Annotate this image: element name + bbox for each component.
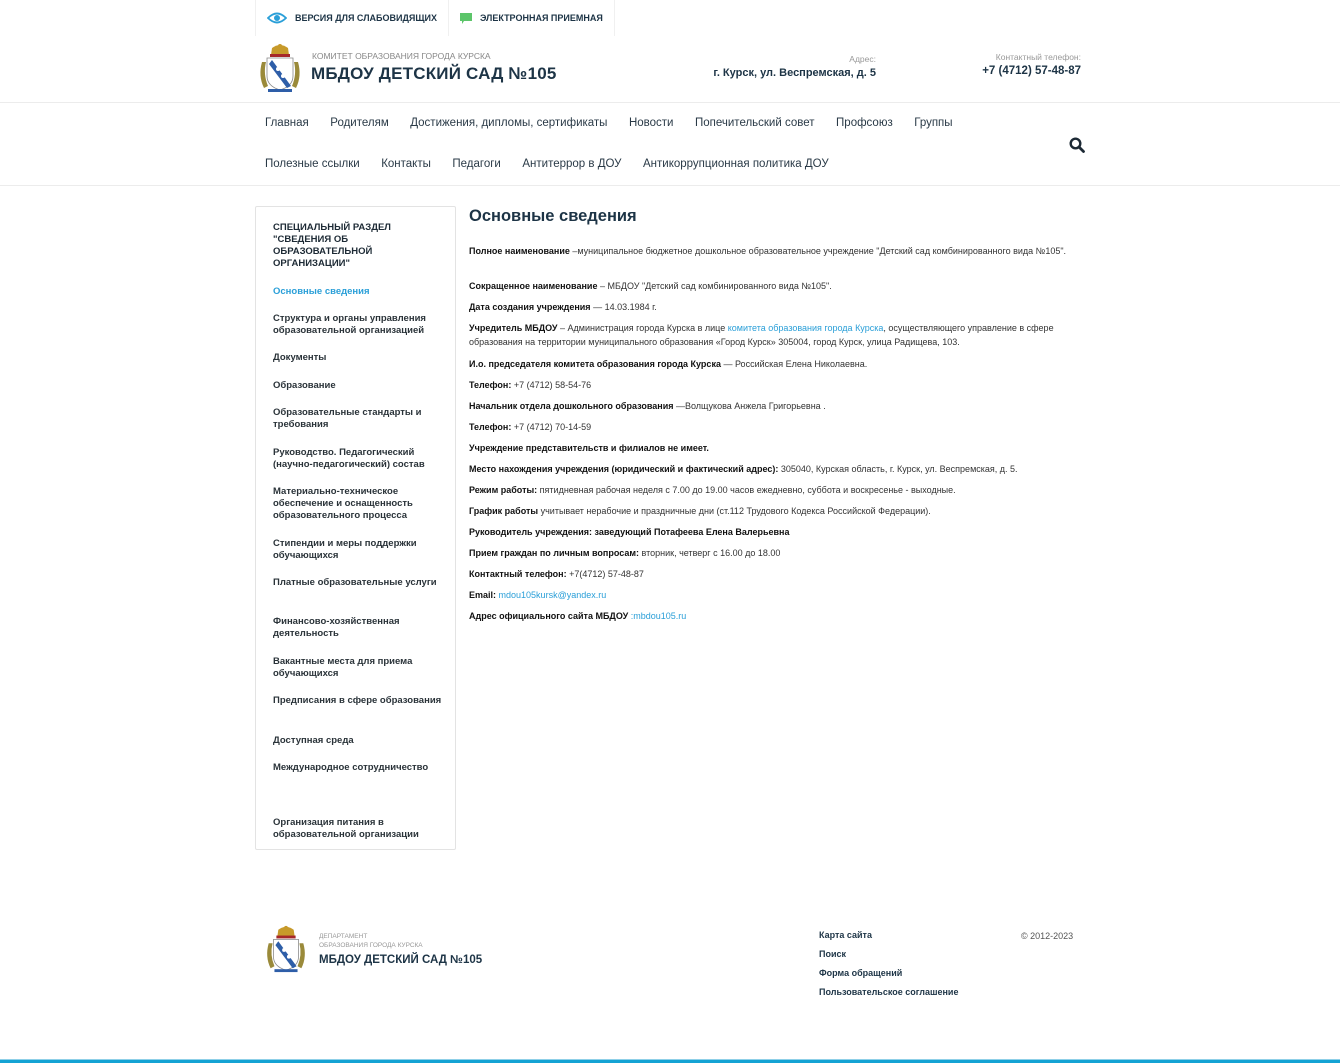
- info-phone-1: Телефон: +7 (4712) 58-54-76: [469, 378, 1089, 392]
- page-title: Основные сведения: [469, 207, 1089, 226]
- sidebar-item-facilities[interactable]: Материально-техническое обеспечение и ос…: [273, 486, 443, 522]
- sidebar: СПЕЦИАЛЬНЫЙ РАЗДЕЛ "СВЕДЕНИЯ ОБ ОБРАЗОВА…: [255, 206, 456, 850]
- nav-row-1: Главная Родителям Достижения, дипломы, с…: [265, 117, 974, 129]
- info-chair: И.о. председателя комитета образования г…: [469, 357, 1089, 371]
- sidebar-item-finance[interactable]: Финансово-хозяйственная деятельность: [273, 616, 443, 640]
- info-contact-phone: Контактный телефон: +7(4712) 57-48-87: [469, 567, 1089, 581]
- main-nav: Главная Родителям Достижения, дипломы, с…: [0, 102, 1340, 186]
- eye-icon: [267, 12, 287, 24]
- site-link[interactable]: :mbdou105.ru: [628, 611, 686, 621]
- nav-row-2: Полезные ссылки Контакты Педагоги Антите…: [265, 158, 850, 170]
- phone-label: Контактный телефон:: [996, 52, 1081, 62]
- info-head: Руководитель учреждения: заведующий Пота…: [469, 525, 1089, 539]
- sidebar-item-prescriptions[interactable]: Предписания в сфере образования: [273, 695, 443, 707]
- address-label: Адрес:: [849, 54, 876, 64]
- info-schedule: Режим работы: пятидневная рабочая неделя…: [469, 483, 1089, 497]
- main-content: Основные сведения Полное наименование –м…: [469, 207, 1089, 226]
- footer-title: МБДОУ ДЕТСКИЙ САД №105: [319, 954, 482, 966]
- nav-item-board[interactable]: Попечительский совет: [695, 117, 815, 129]
- sidebar-title: СПЕЦИАЛЬНЫЙ РАЗДЕЛ "СВЕДЕНИЯ ОБ ОБРАЗОВА…: [273, 222, 433, 270]
- sidebar-item-nutrition[interactable]: Организация питания в образовательной ор…: [273, 817, 443, 841]
- footer-coat-of-arms-logo: [264, 924, 308, 974]
- accessibility-version-link[interactable]: ВЕРСИЯ ДЛЯ СЛАБОВИДЯЩИХ: [255, 0, 449, 36]
- accessibility-version-label: ВЕРСИЯ ДЛЯ СЛАБОВИДЯЩИХ: [295, 13, 437, 23]
- email-link[interactable]: mdou105kursk@yandex.ru: [499, 590, 607, 600]
- coat-of-arms-logo[interactable]: [258, 42, 302, 94]
- e-reception-label: ЭЛЕКТРОННАЯ ПРИЕМНАЯ: [480, 13, 603, 23]
- info-founder: Учредитель МБДОУ – Администрация города …: [469, 321, 1089, 349]
- nav-item-news[interactable]: Новости: [629, 117, 674, 129]
- footer-link-feedback-form[interactable]: Форма обращений: [819, 968, 958, 987]
- sidebar-item-paid-services[interactable]: Платные образовательные услуги: [273, 577, 443, 589]
- site-header: КОМИТЕТ ОБРАЗОВАНИЯ ГОРОДА КУРСКА МБДОУ …: [255, 40, 1085, 96]
- footer-links: Карта сайта Поиск Форма обращений Пользо…: [819, 930, 958, 1006]
- top-bar: ВЕРСИЯ ДЛЯ СЛАБОВИДЯЩИХ ЭЛЕКТРОННАЯ ПРИЕ…: [255, 0, 615, 36]
- sidebar-item-scholarships[interactable]: Стипендии и меры поддержки обучающихся: [273, 538, 443, 562]
- info-founded: Дата создания учреждения — 14.03.1984 г.: [469, 300, 1089, 314]
- footer-link-sitemap[interactable]: Карта сайта: [819, 930, 958, 949]
- org-title[interactable]: МБДОУ ДЕТСКИЙ САД №105: [311, 64, 557, 84]
- education-committee-link[interactable]: комитета образования города Курска: [728, 323, 884, 333]
- phone-value[interactable]: +7 (4712) 57-48-87: [982, 65, 1081, 77]
- info-branches: Учреждение представительств и филиалов н…: [469, 441, 1089, 455]
- info-phone-2: Телефон: +7 (4712) 70-14-59: [469, 420, 1089, 434]
- copyright: © 2012-2023: [1021, 931, 1073, 941]
- chat-icon: [460, 13, 472, 24]
- e-reception-link[interactable]: ЭЛЕКТРОННАЯ ПРИЕМНАЯ: [449, 0, 615, 36]
- info-email: Email: mdou105kursk@yandex.ru: [469, 588, 1089, 602]
- info-head-dept: Начальник отдела дошкольного образования…: [469, 399, 1089, 413]
- sidebar-item-standards[interactable]: Образовательные стандарты и требования: [273, 407, 443, 431]
- info-reception: Прием граждан по личным вопросам: вторни…: [469, 546, 1089, 560]
- sidebar-item-accessibility[interactable]: Доступная среда: [273, 735, 443, 747]
- sidebar-item-basic-info[interactable]: Основные сведения: [273, 286, 443, 298]
- nav-item-parents[interactable]: Родителям: [330, 117, 388, 129]
- footer-link-user-agreement[interactable]: Пользовательское соглашение: [819, 987, 958, 1006]
- nav-item-home[interactable]: Главная: [265, 117, 309, 129]
- info-location: Место нахождения учреждения (юридический…: [469, 462, 1089, 476]
- sidebar-item-staff[interactable]: Руководство. Педагогический (научно-педа…: [273, 447, 443, 471]
- info-work-schedule: График работы учитывает нерабочие и праз…: [469, 504, 1089, 518]
- info-short-name: Сокращенное наименование – МБДОУ "Детски…: [469, 279, 1089, 293]
- nav-item-anticorruption[interactable]: Антикоррупционная политика ДОУ: [643, 158, 829, 170]
- nav-item-achievements[interactable]: Достижения, дипломы, сертификаты: [410, 117, 607, 129]
- nav-item-union[interactable]: Профсоюз: [836, 117, 893, 129]
- org-subtitle: КОМИТЕТ ОБРАЗОВАНИЯ ГОРОДА КУРСКА: [312, 51, 491, 61]
- nav-item-antiterror[interactable]: Антитеррор в ДОУ: [522, 158, 621, 170]
- address-value: г. Курск, ул. Веспремская, д. 5: [713, 67, 876, 79]
- sidebar-item-international[interactable]: Международное сотрудничество: [273, 762, 443, 774]
- nav-item-teachers[interactable]: Педагоги: [452, 158, 500, 170]
- search-icon[interactable]: [1069, 137, 1085, 153]
- info-site: Адрес официального сайта МБДОУ :mbdou105…: [469, 609, 1089, 623]
- footer-link-search[interactable]: Поиск: [819, 949, 958, 968]
- sidebar-item-education[interactable]: Образование: [273, 380, 443, 392]
- sidebar-item-documents[interactable]: Документы: [273, 352, 443, 364]
- footer-subtitle: ДЕПАРТАМЕНТОБРАЗОВАНИЯ ГОРОДА КУРСКА: [319, 932, 423, 950]
- bottom-accent-bar: [0, 1059, 1340, 1063]
- info-full-name: Полное наименование –муниципальное бюдже…: [469, 244, 1089, 258]
- nav-item-groups[interactable]: Группы: [914, 117, 952, 129]
- nav-item-useful-links[interactable]: Полезные ссылки: [265, 158, 360, 170]
- sidebar-item-vacancies[interactable]: Вакантные места для приема обучающихся: [273, 656, 443, 680]
- sidebar-item-structure[interactable]: Структура и органы управления образовате…: [273, 313, 443, 337]
- nav-item-contacts[interactable]: Контакты: [381, 158, 431, 170]
